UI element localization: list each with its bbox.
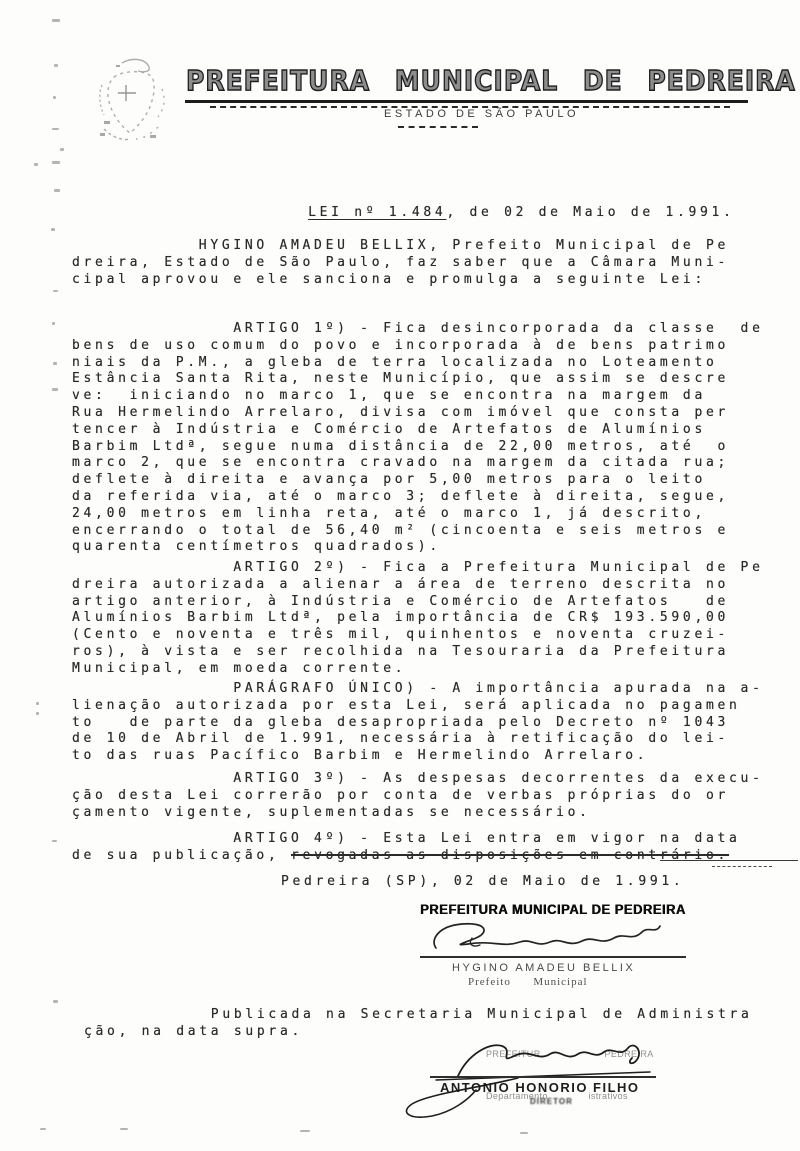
scan-artifact — [52, 161, 60, 164]
paragraph-preamble: HYGINO AMADEU BELLIX, Prefeito Municipal… — [72, 238, 729, 288]
law-number: LEI nº 1.484 — [308, 205, 446, 220]
scan-artifact — [51, 228, 55, 231]
law-date: , de 02 de Maio de 1.991. — [446, 205, 734, 220]
scan-artifact — [520, 1132, 528, 1134]
paragraph-artigo-1: ARTIGO 1º) - Fica desincorporada da clas… — [72, 321, 764, 556]
law-title: LEI nº 1.484, de 02 de Maio de 1.991. — [262, 188, 735, 238]
paragraph-paragrafo-unico: PARÁGRAFO ÚNICO) - A importância apurada… — [72, 681, 764, 765]
strike-line-extension-2 — [712, 866, 772, 867]
mayor-name: HYGINO AMADEU BELLIX — [452, 962, 635, 974]
scan-artifact — [54, 189, 60, 192]
scan-artifact — [52, 388, 58, 391]
scan-artifact — [120, 1128, 128, 1130]
letterhead-subtitle-rule — [398, 126, 478, 128]
scan-artifact — [300, 1130, 310, 1132]
scan-artifact — [36, 712, 39, 715]
scan-artifact — [53, 362, 57, 365]
paragraph-artigo-4: ARTIGO 4º) - Esta Lei entra em vigor na … — [72, 831, 741, 865]
director-title: DIRETOR — [530, 1097, 573, 1106]
scan-artifact — [36, 702, 39, 705]
scan-artifact — [60, 148, 64, 151]
paragraph-artigo-2: ARTIGO 2º) - Fica a Prefeitura Municipal… — [72, 560, 764, 678]
letterhead-title: PREFEITURA MUNICIPAL DE PEDREIRA — [186, 64, 796, 96]
strike-line-extension — [660, 860, 798, 861]
mayor-signature-line — [420, 956, 686, 958]
coat-of-arms-icon — [92, 55, 176, 151]
scan-artifact — [52, 128, 59, 130]
scan-artifact — [53, 290, 58, 292]
scan-artifact — [52, 19, 60, 22]
scan-artifact — [54, 64, 58, 67]
scan-artifact — [52, 322, 55, 325]
scan-artifact — [40, 1128, 46, 1130]
director-signature-line — [430, 1076, 656, 1078]
dateline: Pedreira (SP), 02 de Maio de 1.991. — [281, 874, 684, 891]
director-name: ANTONIO HONORIO FILHO — [440, 1080, 640, 1095]
scan-artifact — [53, 1000, 58, 1003]
letterhead-subtitle: ESTADO DE SÃO PAULO — [384, 108, 579, 120]
city-hall-stamp: PREFEITURA MUNICIPAL DE PEDREIRA — [420, 902, 686, 918]
scan-artifact — [52, 840, 57, 842]
scan-artifact — [53, 96, 56, 99]
scanned-law-document: PREFEITURA MUNICIPAL DE PEDREIRA ESTADO … — [0, 0, 800, 1151]
scan-artifact — [34, 163, 38, 166]
letterhead-rule — [185, 100, 748, 103]
paragraph-artigo-3: ARTIGO 3º) - As despesas decorrentes da … — [72, 771, 764, 821]
mayor-title: Prefeito Municipal — [468, 976, 588, 988]
